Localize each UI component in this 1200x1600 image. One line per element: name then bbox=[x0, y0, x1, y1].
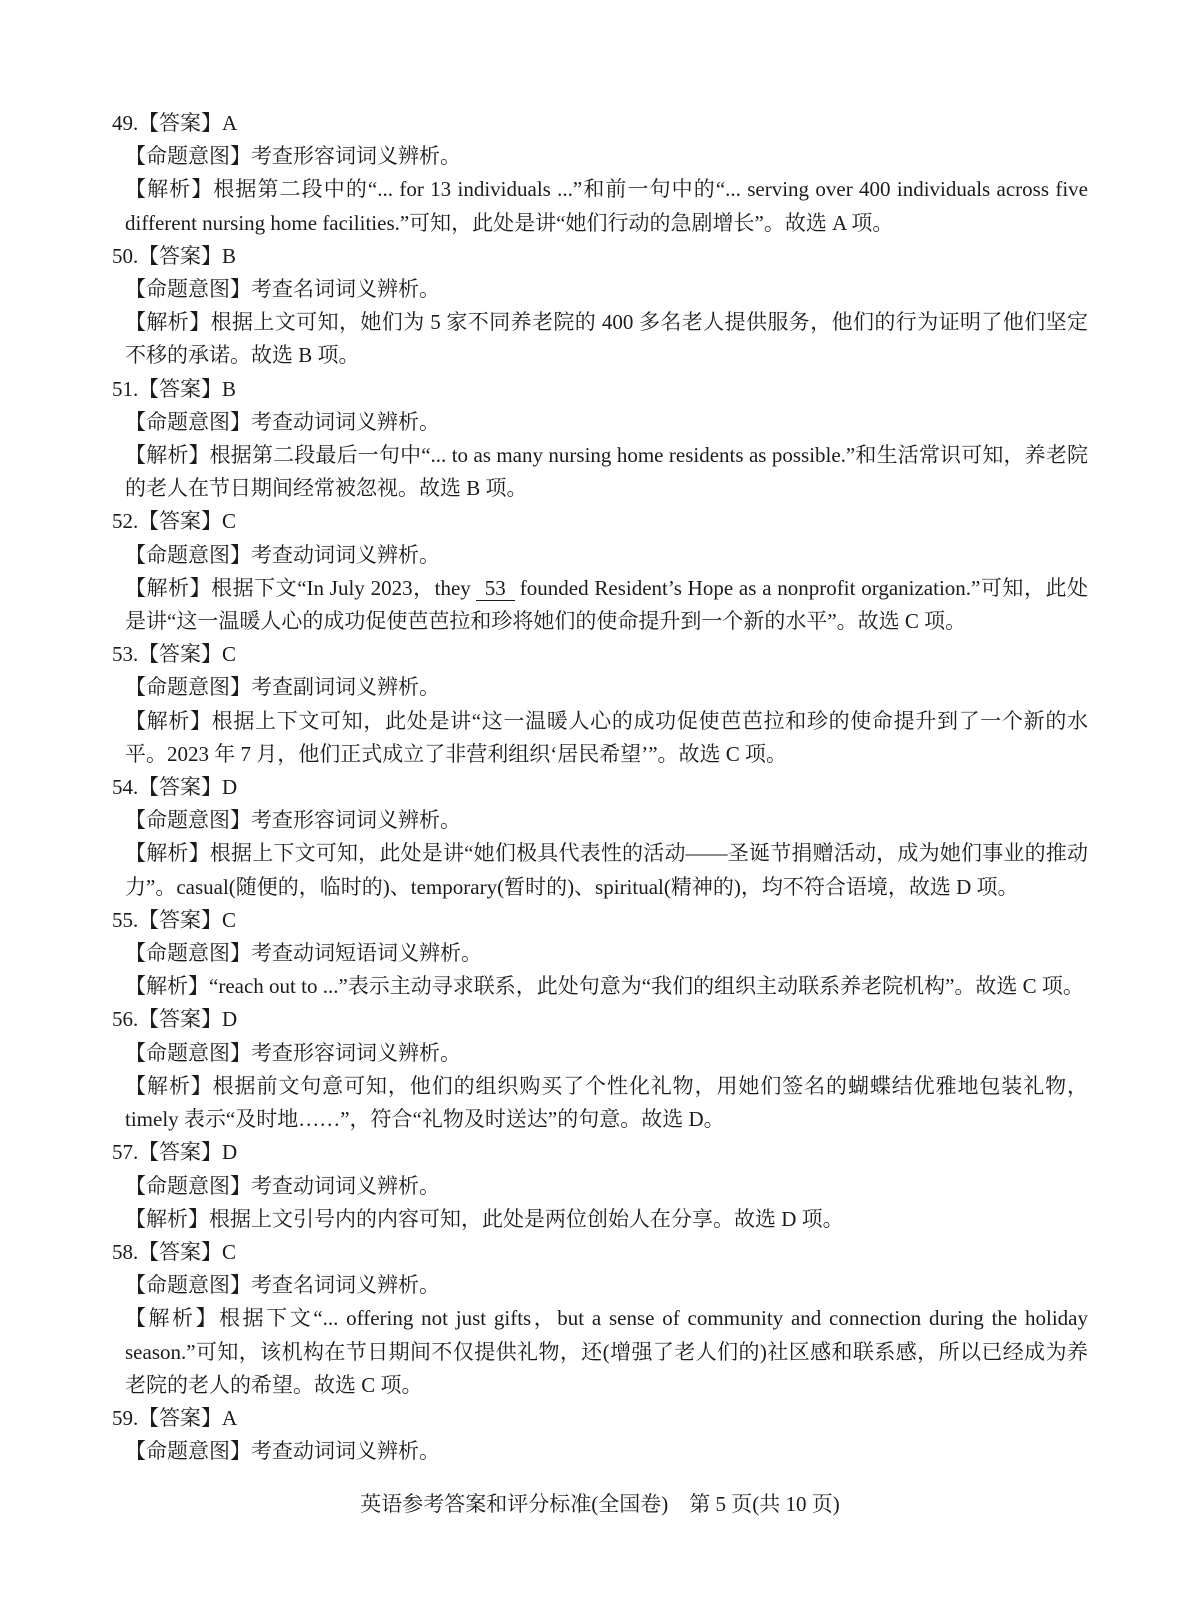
intent-label: 【命题意图】 bbox=[125, 675, 251, 699]
analysis-label: 【解析】 bbox=[125, 443, 210, 467]
intent-label: 【命题意图】 bbox=[125, 277, 251, 301]
analysis-label: 【解析】 bbox=[125, 974, 209, 998]
intent-label: 【命题意图】 bbox=[125, 144, 251, 168]
answer-item-51: 51.【答案】B 【命题意图】考查动词词义辨析。 【解析】根据第二段最后一句中“… bbox=[112, 373, 1088, 506]
analysis-paragraph: 【解析】根据上文引号内的内容可知，此处是两位创始人在分享。故选 D 项。 bbox=[125, 1203, 1088, 1236]
question-number: 52. bbox=[112, 505, 138, 538]
question-number: 55. bbox=[112, 904, 138, 937]
answer-line: 55.【答案】C bbox=[112, 904, 1088, 937]
analysis-text: 根据上下文可知，此处是讲“她们极具代表性的活动——圣诞节捐赠活动，成为她们事业的… bbox=[125, 841, 1088, 898]
analysis-paragraph: 【解析】根据第二段中的“... for 13 individuals ...”和… bbox=[125, 173, 1088, 239]
analysis-paragraph: 【解析】根据上文可知，她们为 5 家不同养老院的 400 多名老人提供服务，他们… bbox=[125, 306, 1088, 372]
intent-label: 【命题意图】 bbox=[125, 1174, 251, 1198]
answer-line: 57.【答案】D bbox=[112, 1136, 1088, 1169]
analysis-label: 【解析】 bbox=[125, 709, 212, 733]
answer-label: 【答案】 bbox=[138, 775, 222, 799]
answer-label: 【答案】 bbox=[138, 1007, 222, 1031]
analysis-text: 根据上文引号内的内容可知，此处是两位创始人在分享。故选 D 项。 bbox=[209, 1207, 844, 1231]
analysis-paragraph: 【解析】根据第二段最后一句中“... to as many nursing ho… bbox=[125, 439, 1088, 505]
analysis-label: 【解析】 bbox=[125, 1306, 219, 1330]
answer-label: 【答案】 bbox=[138, 244, 222, 268]
answer-label: 【答案】 bbox=[138, 642, 222, 666]
analysis-label: 【解析】 bbox=[125, 841, 210, 865]
answer-key-content: 49.【答案】A 【命题意图】考查形容词词义辨析。 【解析】根据第二段中的“..… bbox=[112, 107, 1088, 1468]
answer-line: 49.【答案】A bbox=[112, 107, 1088, 140]
analysis-text: 根据第二段中的“... for 13 individuals ...”和前一句中… bbox=[125, 177, 1088, 234]
question-number: 54. bbox=[112, 771, 138, 804]
analysis-label: 【解析】 bbox=[125, 576, 211, 600]
analysis-paragraph: 【解析】根据下文“In July 2023，they53founded Resi… bbox=[125, 572, 1088, 638]
question-number: 50. bbox=[112, 240, 138, 273]
answer-letter: C bbox=[222, 642, 236, 666]
analysis-text: 根据下文“In July 2023，they bbox=[211, 576, 471, 600]
analysis-paragraph: 【解析】根据上下文可知，此处是讲“她们极具代表性的活动——圣诞节捐赠活动，成为她… bbox=[125, 837, 1088, 903]
intent-label: 【命题意图】 bbox=[125, 1041, 251, 1065]
answer-item-59: 59.【答案】A 【命题意图】考查动词词义辨析。 bbox=[112, 1402, 1088, 1468]
intent-label: 【命题意图】 bbox=[125, 808, 251, 832]
answer-letter: D bbox=[222, 1140, 237, 1164]
intent-label: 【命题意图】 bbox=[125, 543, 251, 567]
analysis-label: 【解析】 bbox=[125, 310, 211, 334]
question-number: 57. bbox=[112, 1136, 138, 1169]
answer-label: 【答案】 bbox=[138, 377, 222, 401]
intent-text: 考查动词词义辨析。 bbox=[251, 543, 440, 567]
intent-text: 考查动词词义辨析。 bbox=[251, 410, 440, 434]
intent-paragraph: 【命题意图】考查名词词义辨析。 bbox=[125, 273, 1088, 306]
question-number: 51. bbox=[112, 373, 138, 406]
answer-item-57: 57.【答案】D 【命题意图】考查动词词义辨析。 【解析】根据上文引号内的内容可… bbox=[112, 1136, 1088, 1236]
answer-label: 【答案】 bbox=[138, 1406, 222, 1430]
intent-text: 考查动词词义辨析。 bbox=[251, 1174, 440, 1198]
answer-line: 51.【答案】B bbox=[112, 373, 1088, 406]
question-number: 59. bbox=[112, 1402, 138, 1435]
document-page: 49.【答案】A 【命题意图】考查形容词词义辨析。 【解析】根据第二段中的“..… bbox=[0, 0, 1200, 1600]
analysis-paragraph: 【解析】根据上下文可知，此处是讲“这一温暖人心的成功促使芭芭拉和珍的使命提升到了… bbox=[125, 705, 1088, 771]
answer-item-52: 52.【答案】C 【命题意图】考查动词词义辨析。 【解析】根据下文“In Jul… bbox=[112, 505, 1088, 638]
answer-letter: B bbox=[222, 244, 236, 268]
question-number: 49. bbox=[112, 107, 138, 140]
analysis-text: 根据上下文可知，此处是讲“这一温暖人心的成功促使芭芭拉和珍的使命提升到了一个新的… bbox=[125, 709, 1088, 766]
answer-line: 59.【答案】A bbox=[112, 1402, 1088, 1435]
intent-label: 【命题意图】 bbox=[125, 1273, 251, 1297]
intent-paragraph: 【命题意图】考查动词短语词义辨析。 bbox=[125, 937, 1088, 970]
answer-item-58: 58.【答案】C 【命题意图】考查名词词义辨析。 【解析】根据下文“... of… bbox=[112, 1236, 1088, 1402]
intent-label: 【命题意图】 bbox=[125, 1439, 251, 1463]
answer-label: 【答案】 bbox=[138, 908, 222, 932]
analysis-text: 根据上文可知，她们为 5 家不同养老院的 400 多名老人提供服务，他们的行为证… bbox=[125, 310, 1088, 367]
intent-paragraph: 【命题意图】考查副词词义辨析。 bbox=[125, 671, 1088, 704]
intent-paragraph: 【命题意图】考查名词词义辨析。 bbox=[125, 1269, 1088, 1302]
intent-label: 【命题意图】 bbox=[125, 410, 251, 434]
answer-line: 54.【答案】D bbox=[112, 771, 1088, 804]
answer-label: 【答案】 bbox=[138, 111, 222, 135]
answer-line: 52.【答案】C bbox=[112, 505, 1088, 538]
answer-item-54: 54.【答案】D 【命题意图】考查形容词词义辨析。 【解析】根据上下文可知，此处… bbox=[112, 771, 1088, 904]
analysis-label: 【解析】 bbox=[125, 177, 213, 201]
answer-letter: D bbox=[222, 775, 237, 799]
blank-53-underline: 53 bbox=[476, 576, 515, 601]
answer-item-55: 55.【答案】C 【命题意图】考查动词短语词义辨析。 【解析】“reach ou… bbox=[112, 904, 1088, 1004]
intent-text: 考查名词词义辨析。 bbox=[251, 277, 440, 301]
answer-letter: D bbox=[222, 1007, 237, 1031]
question-number: 53. bbox=[112, 638, 138, 671]
question-number: 58. bbox=[112, 1236, 138, 1269]
analysis-text: 根据下文“... offering not just gifts，but a s… bbox=[125, 1306, 1088, 1396]
intent-text: 考查动词词义辨析。 bbox=[251, 1439, 440, 1463]
analysis-label: 【解析】 bbox=[125, 1207, 209, 1231]
analysis-text: 根据前文句意可知，他们的组织购买了个性化礼物，用她们签名的蝴蝶结优雅地包装礼物，… bbox=[125, 1074, 1088, 1131]
intent-paragraph: 【命题意图】考查形容词词义辨析。 bbox=[125, 140, 1088, 173]
answer-letter: C bbox=[222, 1240, 236, 1264]
question-number: 56. bbox=[112, 1003, 138, 1036]
answer-line: 53.【答案】C bbox=[112, 638, 1088, 671]
analysis-text: 根据第二段最后一句中“... to as many nursing home r… bbox=[125, 443, 1088, 500]
intent-text: 考查动词短语词义辨析。 bbox=[251, 941, 482, 965]
intent-paragraph: 【命题意图】考查形容词词义辨析。 bbox=[125, 1037, 1088, 1070]
analysis-label: 【解析】 bbox=[125, 1074, 213, 1098]
answer-label: 【答案】 bbox=[138, 1240, 222, 1264]
intent-text: 考查形容词词义辨析。 bbox=[251, 1041, 461, 1065]
answer-letter: B bbox=[222, 377, 236, 401]
answer-line: 58.【答案】C bbox=[112, 1236, 1088, 1269]
intent-paragraph: 【命题意图】考查动词词义辨析。 bbox=[125, 406, 1088, 439]
answer-letter: A bbox=[222, 111, 237, 135]
analysis-paragraph: 【解析】根据下文“... offering not just gifts，but… bbox=[125, 1302, 1088, 1402]
analysis-paragraph: 【解析】“reach out to ...”表示主动寻求联系，此处句意为“我们的… bbox=[125, 970, 1088, 1003]
answer-label: 【答案】 bbox=[138, 1140, 222, 1164]
analysis-text: “reach out to ...”表示主动寻求联系，此处句意为“我们的组织主动… bbox=[209, 974, 1084, 998]
answer-letter: C bbox=[222, 908, 236, 932]
answer-item-49: 49.【答案】A 【命题意图】考查形容词词义辨析。 【解析】根据第二段中的“..… bbox=[112, 107, 1088, 240]
intent-label: 【命题意图】 bbox=[125, 941, 251, 965]
answer-item-50: 50.【答案】B 【命题意图】考查名词词义辨析。 【解析】根据上文可知，她们为 … bbox=[112, 240, 1088, 373]
answer-letter: A bbox=[222, 1406, 237, 1430]
answer-letter: C bbox=[222, 509, 236, 533]
page-footer: 英语参考答案和评分标准(全国卷) 第 5 页(共 10 页) bbox=[0, 1488, 1200, 1521]
intent-text: 考查形容词词义辨析。 bbox=[251, 144, 461, 168]
answer-item-53: 53.【答案】C 【命题意图】考查副词词义辨析。 【解析】根据上下文可知，此处是… bbox=[112, 638, 1088, 771]
intent-paragraph: 【命题意图】考查动词词义辨析。 bbox=[125, 1170, 1088, 1203]
analysis-paragraph: 【解析】根据前文句意可知，他们的组织购买了个性化礼物，用她们签名的蝴蝶结优雅地包… bbox=[125, 1070, 1088, 1136]
intent-text: 考查副词词义辨析。 bbox=[251, 675, 440, 699]
answer-line: 56.【答案】D bbox=[112, 1003, 1088, 1036]
intent-paragraph: 【命题意图】考查动词词义辨析。 bbox=[125, 539, 1088, 572]
intent-paragraph: 【命题意图】考查动词词义辨析。 bbox=[125, 1435, 1088, 1468]
intent-paragraph: 【命题意图】考查形容词词义辨析。 bbox=[125, 804, 1088, 837]
intent-text: 考查形容词词义辨析。 bbox=[251, 808, 461, 832]
intent-text: 考查名词词义辨析。 bbox=[251, 1273, 440, 1297]
answer-line: 50.【答案】B bbox=[112, 240, 1088, 273]
answer-label: 【答案】 bbox=[138, 509, 222, 533]
answer-item-56: 56.【答案】D 【命题意图】考查形容词词义辨析。 【解析】根据前文句意可知，他… bbox=[112, 1003, 1088, 1136]
